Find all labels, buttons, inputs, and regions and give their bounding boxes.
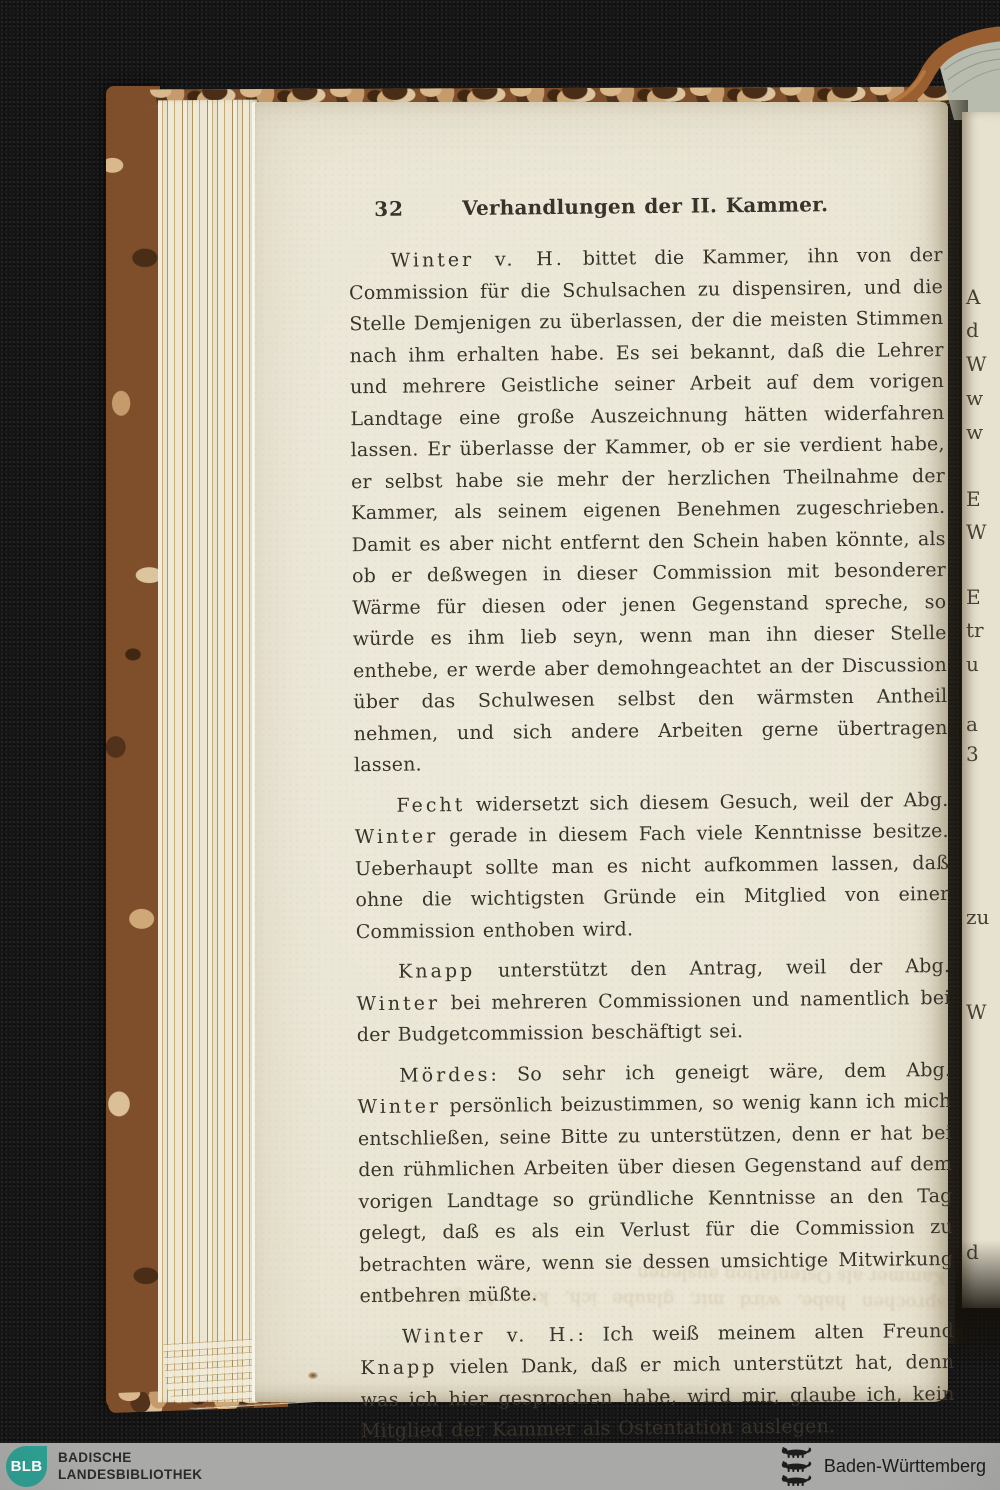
facing-page-text-fragment: 3 — [966, 744, 979, 764]
footer-bar: BLB BADISCHE LANDESBIBLIOTHEK — [0, 1443, 1000, 1490]
paragraph: Mördes: So sehr ich geneigt wäre, dem Ab… — [357, 1054, 954, 1312]
speaker-name: Knapp — [360, 1356, 437, 1379]
facing-page-text-fragment: E — [966, 489, 981, 509]
facing-page-text-fragment: W — [966, 522, 987, 542]
paper-stain — [308, 1372, 318, 1379]
facing-page-text-fragment: E — [966, 587, 981, 607]
running-title: Verhandlungen der II. Kammer. — [348, 188, 942, 226]
facing-page-shadow — [955, 1240, 1000, 1370]
paragraph-text: bei mehreren Commissionen und namentlich… — [357, 986, 951, 1046]
paragraph: Winter v. H.: Ich weiß meinem alten Freu… — [360, 1315, 955, 1447]
speaker-name: Winter — [356, 992, 440, 1015]
book-cover-left-edge — [106, 86, 160, 1408]
state-branding: Baden-Württemberg — [780, 1445, 986, 1489]
paragraph: Fecht widersetzt sich diesem Gesuch, wei… — [354, 784, 950, 948]
facing-page-text-fragment: W — [966, 354, 987, 374]
state-name: Baden-Württemberg — [824, 1456, 986, 1477]
library-name-line1: BADISCHE — [58, 1450, 202, 1466]
facing-page-text-fragment: w — [966, 422, 983, 442]
speaker-name: Winter v. H. — [391, 248, 565, 272]
paragraph-text: : So sehr ich geneigt wäre, dem Abg. — [490, 1058, 951, 1085]
page-stack-left — [158, 100, 258, 1403]
speaker-name: Winter — [355, 825, 439, 848]
facing-page-text-fragment: W — [966, 1002, 987, 1022]
library-name: BADISCHE LANDESBIBLIOTHEK — [58, 1450, 202, 1483]
photograph-background: AdWwwEWEtrua3zuWd 32 Verhandlungen der I… — [0, 0, 1000, 1490]
book-page: 32 Verhandlungen der II. Kammer. Winter … — [252, 102, 948, 1402]
facing-page-text-fragment: a — [966, 714, 978, 734]
facing-page-text-fragment: d — [966, 320, 979, 340]
facing-page-text-fragment: zu — [966, 907, 989, 927]
library-branding: BLB BADISCHE LANDESBIBLIOTHEK — [6, 1446, 202, 1487]
speaker-name: Knapp — [398, 960, 475, 983]
speaker-name: Winter v. H. — [402, 1323, 578, 1347]
paragraph: Knapp unterstützt den Antrag, weil der A… — [356, 951, 951, 1052]
blb-logo-text: BLB — [11, 1458, 43, 1475]
facing-page-text-fragment: A — [966, 287, 980, 307]
printed-text-block: 32 Verhandlungen der II. Kammer. Winter … — [348, 188, 955, 1457]
paragraph-text: gerade in diesem Fach viele Kenntnisse b… — [355, 820, 950, 943]
speaker-name: Winter — [357, 1095, 441, 1118]
paragraph-text: persönlich beizustimmen, so wenig kann i… — [358, 1090, 954, 1307]
body-paragraphs: Winter v. H. bittet die Kammer, ihn von … — [349, 240, 956, 1448]
facing-page-text-fragment: u — [966, 654, 979, 674]
blb-logo: BLB — [6, 1446, 47, 1487]
paragraph-text: vielen Dank, daß er mich unterstützt hat… — [361, 1351, 955, 1442]
baden-wuerttemberg-coat-of-arms-icon — [780, 1445, 814, 1489]
paragraph: Winter v. H. bittet die Kammer, ihn von … — [349, 240, 949, 782]
running-head: 32 Verhandlungen der II. Kammer. — [348, 188, 943, 246]
paragraph-text: : Ich weiß meinem alten Freund — [577, 1319, 954, 1345]
paragraph-text: widersetzt sich diesem Gesuch, weil der … — [465, 788, 948, 815]
paragraph-text: bittet die Kammer, ihn von der Commissio… — [349, 244, 948, 776]
speaker-name: Mördes — [399, 1063, 490, 1086]
paragraph-text: unterstützt den Antrag, weil der Abg. — [475, 955, 950, 982]
facing-page-edge: AdWwwEWEtrua3zuWd — [962, 112, 1000, 1308]
facing-page-text-fragment: tr — [966, 620, 984, 640]
facing-page-text-fragment: w — [966, 388, 983, 408]
library-name-line2: LANDESBIBLIOTHEK — [58, 1467, 202, 1483]
speaker-name: Fecht — [396, 794, 465, 817]
